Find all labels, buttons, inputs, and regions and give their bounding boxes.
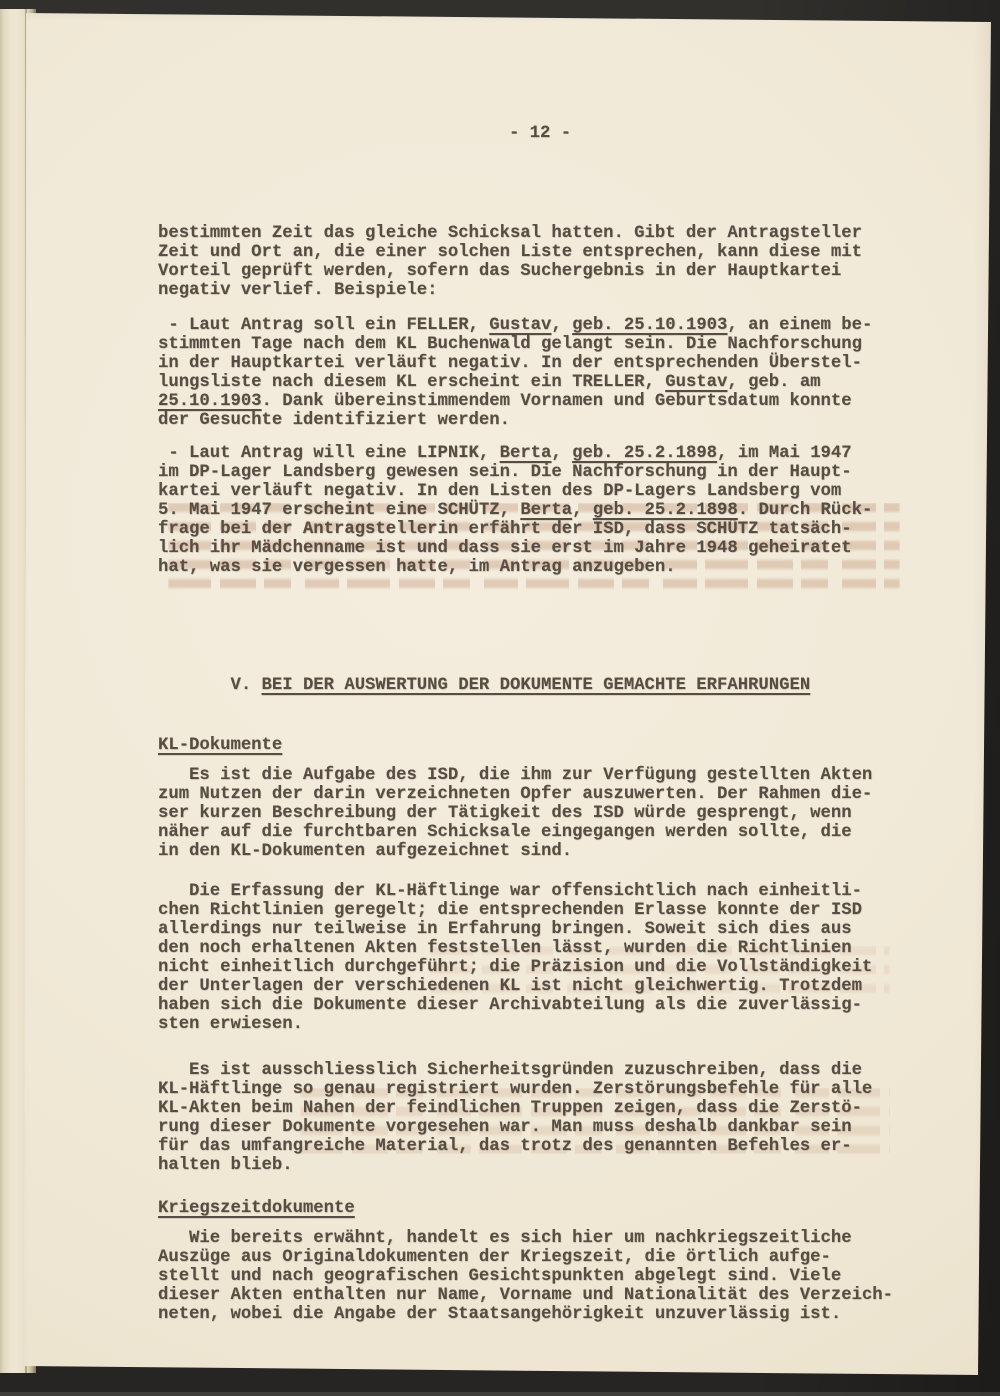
text-line: Die Erfassung der KL-Häftlinge war offen… [158,882,938,901]
scan-root: - 12 - bestimmten Zeit das gleiche Schic… [0,0,1000,1396]
text-segment: kartei verläuft negativ. In den Listen d… [158,482,841,501]
text-segment: bestimmten Zeit das gleiche Schicksal ha… [158,224,862,243]
text-segment: in der Hauptkartei verläuft negativ. In … [158,354,862,373]
text-segment: Es ist die Aufgabe des ISD, die ihm zur … [158,766,872,785]
text-segment: lich ihr Mädchenname ist und dass sie er… [158,539,852,558]
text-line: bestimmten Zeit das gleiche Schicksal ha… [158,224,938,243]
text-segment: Die Erfassung der KL-Häftlinge war offen… [158,882,862,901]
underlined-text: Gustav [489,316,551,335]
text-line: stimmten Tage nach dem KL Buchenwald gel… [158,335,938,354]
text-segment: , [551,444,572,463]
text-segment: in den KL-Dokumenten aufgezeichnet sind. [158,842,572,861]
text-segment: der Gesuchte identifiziert werden. [158,411,510,430]
text-line: halten blieb. [158,1156,938,1175]
text-segment: für das umfangreiche Material, das trotz… [158,1137,852,1156]
text-line: sten erwiesen. [158,1015,938,1034]
underlined-text: Gustav [665,373,727,392]
text-segment: lungsliste nach diesem KL erscheint ein … [158,373,665,392]
scanner-edge-line [0,1392,1000,1396]
text-segment: KL-Häftlinge so genau registriert wurden… [158,1080,872,1099]
text-line: Kriegszeitdokumente [158,1199,938,1218]
text-line: 25.10.1903. Dank übereinstimmendem Vorna… [158,392,938,411]
text-segment: , im Mai 1947 [717,444,852,463]
text-segment: , geb. am [727,373,820,392]
text-line: der Gesuchte identifiziert werden. [158,411,938,430]
text-segment: stellt und nach geografischen Gesichtspu… [158,1267,841,1286]
kl-dokumente-heading: KL-Dokumente [158,736,938,755]
text-segment: - Laut Antrag soll ein FELLER, [158,316,489,335]
underlined-text: KL-Dokumente [158,736,282,755]
text-segment: , an einem be- [727,316,872,335]
text-segment: hat, was sie vergessen hatte, im Antrag … [158,558,676,577]
text-segment: dieser Akten enthalten nur Name, Vorname… [158,1286,893,1305]
text-line: hat, was sie vergessen hatte, im Antrag … [158,558,938,577]
text-line: 5. Mai 1947 erscheint eine SCHÜTZ, Berta… [158,501,938,520]
text-segment: chen Richtlinien geregelt; die entsprech… [158,901,862,920]
text-segment: Vorteil geprüft werden, sofern das Suche… [158,262,841,281]
text-line: KL-Dokumente [158,736,938,755]
text-segment: halten blieb. [158,1156,293,1175]
text-line: im DP-Lager Landsberg gewesen sein. Die … [158,463,938,482]
text-line: neten, wobei die Angabe der Staatsangehö… [158,1305,938,1324]
text-line: Zeit und Ort an, die einer solchen Liste… [158,243,938,262]
text-segment: rung dieser Dokumente vorgesehen war. Ma… [158,1118,852,1137]
kriegszeitdokumente-heading: Kriegszeitdokumente [158,1199,938,1218]
text-segment: Auszüge aus Originaldokumenten der Krieg… [158,1248,831,1267]
text-line: stellt und nach geografischen Gesichtspu… [158,1267,938,1286]
text-segment: 5. Mai 1947 erscheint eine SCHÜTZ, [158,501,520,520]
text-line: zum Nutzen der darin verzeichneten Opfer… [158,785,938,804]
text-line: KL-Akten beim Nahen der feindlichen Trup… [158,1099,938,1118]
text-segment: neten, wobei die Angabe der Staatsangehö… [158,1305,841,1324]
text-segment: sten erwiesen. [158,1015,303,1034]
underlined-text: BEI DER AUSWERTUNG DER DOKUMENTE GEMACHT… [262,676,811,695]
text-blocks: bestimmten Zeit das gleiche Schicksal ha… [158,224,938,1324]
underlined-text: 25.10.1903 [158,392,262,411]
kl-paragraph-2: Die Erfassung der KL-Häftlinge war offen… [158,882,938,1034]
text-segment: der Unterlagen der verschiedenen KL ist … [158,977,862,996]
text-line: lungsliste nach diesem KL erscheint ein … [158,373,938,392]
text-line: chen Richtlinien geregelt; die entsprech… [158,901,938,920]
text-segment: näher auf die furchtbaren Schicksale ein… [158,823,852,842]
text-segment: den noch erhaltenen Akten feststellen lä… [158,939,852,958]
underlined-text: geb. 25.2.1898 [593,501,738,520]
text-line: rung dieser Dokumente vorgesehen war. Ma… [158,1118,938,1137]
text-line: haben sich die Dokumente dieser Archivab… [158,996,938,1015]
text-line: ser kurzen Beschreibung der Tätigkeit de… [158,804,938,823]
text-segment: negativ verlief. Beispiele: [158,281,438,300]
text-segment: Wie bereits erwähnt, handelt es sich hie… [158,1229,852,1248]
text-line: - Laut Antrag soll ein FELLER, Gustav, g… [158,316,938,335]
text-segment: haben sich die Dokumente dieser Archivab… [158,996,862,1015]
text-line: V. BEI DER AUSWERTUNG DER DOKUMENTE GEMA… [158,676,938,695]
text-line: Auszüge aus Originaldokumenten der Krieg… [158,1248,938,1267]
text-segment: - Laut Antrag will eine LIPNIK, [158,444,500,463]
text-line: KL-Häftlinge so genau registriert wurden… [158,1080,938,1099]
text-segment: KL-Akten beim Nahen der feindlichen Trup… [158,1099,862,1118]
text-segment: , [551,316,572,335]
text-line: Es ist ausschliesslich Sicherheitsgründe… [158,1061,938,1080]
underlined-text: Berta [520,501,572,520]
text-segment: . Dank übereinstimmendem Vornamen und Ge… [262,392,852,411]
text-segment: zum Nutzen der darin verzeichneten Opfer… [158,785,872,804]
text-segment: V. [158,676,262,695]
text-segment: ser kurzen Beschreibung der Tätigkeit de… [158,804,852,823]
example-feller: - Laut Antrag soll ein FELLER, Gustav, g… [158,316,938,430]
text-line: näher auf die furchtbaren Schicksale ein… [158,823,938,842]
text-line: nicht einheitlich durchgeführt; die Präz… [158,958,938,977]
underlined-text: geb. 25.10.1903 [572,316,727,335]
text-segment: nicht einheitlich durchgeführt; die Präz… [158,958,872,977]
text-segment: Es ist ausschliesslich Sicherheitsgründe… [158,1061,862,1080]
text-line: der Unterlagen der verschiedenen KL ist … [158,977,938,996]
text-line: für das umfangreiche Material, das trotz… [158,1137,938,1156]
text-line: frage bei der Antragstellerin erfährt de… [158,520,938,539]
underlined-text: Berta [500,444,552,463]
example-lipnik: - Laut Antrag will eine LIPNIK, Berta, g… [158,444,938,577]
text-segment: allerdings nur teilweise in Erfahrung br… [158,920,852,939]
kl-paragraph-1: Es ist die Aufgabe des ISD, die ihm zur … [158,766,938,861]
text-segment: . Durch Rück- [738,501,873,520]
underlined-text: Kriegszeitdokumente [158,1199,355,1218]
text-line: in der Hauptkartei verläuft negativ. In … [158,354,938,373]
text-segment: Zeit und Ort an, die einer solchen Liste… [158,243,862,262]
text-line: lich ihr Mädchenname ist und dass sie er… [158,539,938,558]
page-number: - 12 - [158,124,906,143]
text-line: dieser Akten enthalten nur Name, Vorname… [158,1286,938,1305]
text-segment: , [572,501,593,520]
page-content: - 12 - bestimmten Zeit das gleiche Schic… [158,0,938,1362]
text-segment: stimmten Tage nach dem KL Buchenwald gel… [158,335,862,354]
text-line: Vorteil geprüft werden, sofern das Suche… [158,262,938,281]
text-line: Wie bereits erwähnt, handelt es sich hie… [158,1229,938,1248]
text-line: den noch erhaltenen Akten feststellen lä… [158,939,938,958]
kriegszeit-paragraph: Wie bereits erwähnt, handelt es sich hie… [158,1229,938,1324]
text-line: kartei verläuft negativ. In den Listen d… [158,482,938,501]
kl-paragraph-3: Es ist ausschliesslich Sicherheitsgründe… [158,1061,938,1175]
text-line: - Laut Antrag will eine LIPNIK, Berta, g… [158,444,938,463]
intro-paragraph: bestimmten Zeit das gleiche Schicksal ha… [158,224,938,300]
text-segment: im DP-Lager Landsberg gewesen sein. Die … [158,463,852,482]
text-line: Es ist die Aufgabe des ISD, die ihm zur … [158,766,938,785]
text-line: allerdings nur teilweise in Erfahrung br… [158,920,938,939]
text-line: in den KL-Dokumenten aufgezeichnet sind. [158,842,938,861]
underlined-text: geb. 25.2.1898 [572,444,717,463]
text-segment: frage bei der Antragstellerin erfährt de… [158,520,852,539]
section-v-heading: V. BEI DER AUSWERTUNG DER DOKUMENTE GEMA… [158,676,938,695]
text-line: negativ verlief. Beispiele: [158,281,938,300]
